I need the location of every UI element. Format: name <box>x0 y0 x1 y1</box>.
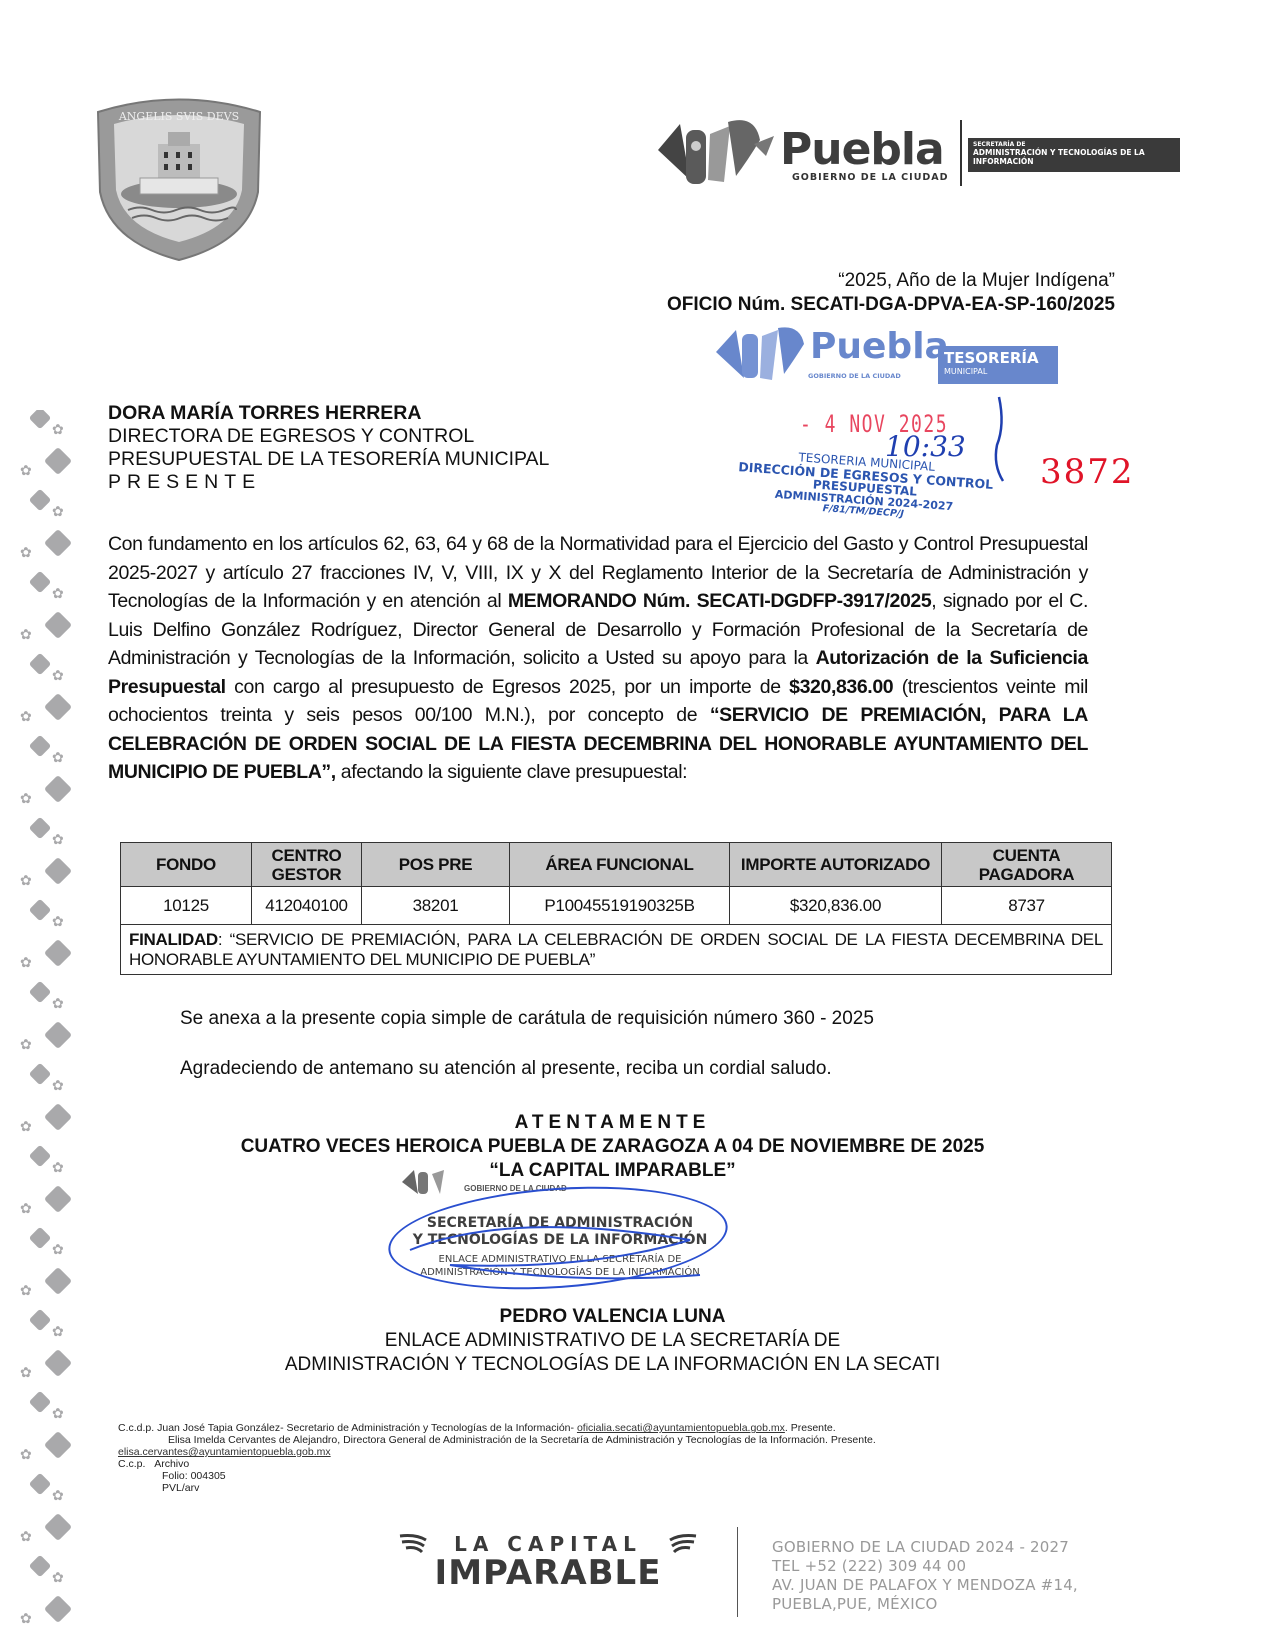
border-diamond <box>44 1021 72 1049</box>
budget-key-table: FONDO CENTRO GESTOR POS PRE ÁREA FUNCION… <box>120 842 1112 975</box>
border-sprig-icon: ✿ <box>52 832 64 848</box>
cell-fondo: 10125 <box>121 887 252 925</box>
border-diamond <box>29 653 52 676</box>
border-diamond <box>29 981 52 1004</box>
cc-line-1-suffix: . Presente. <box>785 1422 836 1434</box>
finalidad-text: : “SERVICIO DE PREMIACIÓN, PARA LA CELEB… <box>129 930 1103 969</box>
slogan-line: “LA CAPITAL IMPARABLE” <box>0 1160 1245 1182</box>
signer-role-2: ADMINISTRACIÓN Y TECNOLOGÍAS DE LA INFOR… <box>0 1354 1245 1376</box>
border-diamond <box>29 410 52 429</box>
col-importe-autorizado: IMPORTE AUTORIZADO <box>730 843 942 887</box>
cell-importe: $320,836.00 <box>730 887 942 925</box>
signature-strokes <box>390 1190 730 1300</box>
border-diamond <box>44 1513 72 1541</box>
tesoreria-subtitle: MUNICIPAL <box>944 367 1052 376</box>
signer-role-1: ENLACE ADMINISTRATIVO DE LA SECRETARÍA D… <box>0 1330 1245 1352</box>
border-diamond <box>44 1595 72 1623</box>
col-cuenta-pagadora: CUENTA PAGADORA <box>942 843 1112 887</box>
puebla-emblem-icon <box>712 322 808 382</box>
tesoreria-stamp-logo: Puebla GOBIERNO DE LA CIUDAD TESORERÍA M… <box>712 322 1072 392</box>
footer-gov-period: GOBIERNO DE LA CIUDAD 2024 - 2027 <box>772 1538 1078 1557</box>
svg-text:ANGELIS SVIS DEVS: ANGELIS SVIS DEVS <box>118 110 239 123</box>
border-sprig-icon: ✿ <box>20 1611 32 1627</box>
atentamente: ATENTAMENTE <box>0 1112 1245 1134</box>
puebla-emblem-icon <box>650 110 780 190</box>
col-centro-gestor: CENTRO GESTOR <box>252 843 362 887</box>
stamp-puebla-text: Puebla <box>810 326 949 367</box>
cell-area-funcional: P10045519190325B <box>510 887 730 925</box>
border-diamond <box>44 775 72 803</box>
border-diamond <box>29 571 52 594</box>
footer-contact-info: GOBIERNO DE LA CIUDAD 2024 - 2027 TEL +5… <box>772 1538 1078 1614</box>
border-diamond <box>29 1555 52 1578</box>
border-sprig-icon: ✿ <box>52 750 64 766</box>
right-wing-icon <box>668 1532 698 1556</box>
puebla-secati-header-logo: Puebla GOBIERNO DE LA CIUDAD SECRETARÍA … <box>650 110 1180 190</box>
cc-line-1-text: C.c.d.p. Juan José Tapia González- Secre… <box>118 1422 577 1434</box>
border-diamond <box>44 447 72 475</box>
border-diamond <box>29 817 52 840</box>
border-sprig-icon: ✿ <box>20 1201 32 1217</box>
cc-line-1: C.c.d.p. Juan José Tapia González- Secre… <box>118 1422 876 1434</box>
border-diamond <box>29 489 52 512</box>
folio-line: Folio: 004305 <box>118 1470 876 1482</box>
border-diamond <box>29 1063 52 1086</box>
ccp-line: C.c.p. Archivo <box>118 1458 876 1470</box>
finalidad-row: FINALIDAD: “SERVICIO DE PREMIACIÓN, PARA… <box>121 925 1112 975</box>
secretariat-small-text: SECRETARÍA DE <box>973 141 1175 148</box>
border-diamond <box>29 1473 52 1496</box>
border-diamond <box>44 939 72 967</box>
finalidad-cell: FINALIDAD: “SERVICIO DE PREMIACIÓN, PARA… <box>121 925 1112 975</box>
border-sprig-icon: ✿ <box>20 873 32 889</box>
city-shield-logo: ANGELIS SVIS DEVS <box>88 92 270 262</box>
cell-pos-pre: 38201 <box>362 887 510 925</box>
border-diamond <box>44 1185 72 1213</box>
border-sprig-icon: ✿ <box>20 1283 32 1299</box>
footer-logo-bottom: IMPARABLE <box>408 1556 688 1590</box>
border-sprig-icon: ✿ <box>52 668 64 684</box>
memo-reference: MEMORANDO Núm. SECATI-DGDFP-3917/2025 <box>508 590 931 612</box>
border-sprig-icon: ✿ <box>20 709 32 725</box>
addressee-name: DORA MARÍA TORRES HERRERA <box>108 402 549 425</box>
addressee-title-2: PRESUPUESTAL DE LA TESORERÍA MUNICIPAL <box>108 448 549 471</box>
puebla-logo-text: Puebla <box>780 124 944 175</box>
footer-phone: TEL +52 (222) 309 44 00 <box>772 1557 1078 1576</box>
border-diamond <box>44 1431 72 1459</box>
year-motto: “2025, Año de la Mujer Indígena” <box>838 270 1115 292</box>
border-sprig-icon: ✿ <box>52 914 64 930</box>
amount: $320,836.00 <box>789 676 893 698</box>
border-sprig-icon: ✿ <box>20 1447 32 1463</box>
border-sprig-icon: ✿ <box>20 463 32 479</box>
border-diamond <box>29 899 52 922</box>
capital-imparable-logo: LA CAPITAL IMPARABLE <box>408 1532 688 1590</box>
initials-line: PVL/arv <box>118 1482 876 1494</box>
border-sprig-icon: ✿ <box>52 996 64 1012</box>
border-diamond <box>44 611 72 639</box>
cc-line-2: Elisa Imelda Cervantes de Alejandro, Dir… <box>118 1434 876 1446</box>
border-diamond <box>44 693 72 721</box>
gobierno-ciudad-text: GOBIERNO DE LA CIUDAD <box>792 172 949 183</box>
border-sprig-icon: ✿ <box>52 1488 64 1504</box>
border-sprig-icon: ✿ <box>20 545 32 561</box>
col-fondo: FONDO <box>121 843 252 887</box>
oficio-number: OFICIO Núm. SECATI-DGA-DPVA-EA-SP-160/20… <box>667 294 1115 316</box>
secretariat-badge: SECRETARÍA DE ADMINISTRACIÓN Y TECNOLOGÍ… <box>968 138 1180 172</box>
border-diamond <box>29 1227 52 1250</box>
col-area-funcional: ÁREA FUNCIONAL <box>510 843 730 887</box>
border-sprig-icon: ✿ <box>52 1406 64 1422</box>
table-header-row: FONDO CENTRO GESTOR POS PRE ÁREA FUNCION… <box>121 843 1112 887</box>
signer-name: PEDRO VALENCIA LUNA <box>0 1306 1245 1328</box>
border-diamond <box>29 1391 52 1414</box>
city-date-line: CUATRO VECES HEROICA PUEBLA DE ZARAGOZA … <box>0 1136 1245 1158</box>
body-paragraph: Con fundamento en los artículos 62, 63, … <box>108 530 1088 787</box>
decorative-border: ✿✿✿✿✿✿✿✿✿✿✿✿✿✿✿✿✿✿✿✿✿✿✿✿✿✿✿✿✿✿ <box>18 410 72 1640</box>
border-sprig-icon: ✿ <box>20 791 32 807</box>
border-sprig-icon: ✿ <box>20 955 32 971</box>
finalidad-label: FINALIDAD <box>129 930 218 949</box>
border-sprig-icon: ✿ <box>20 627 32 643</box>
ccp-label: C.c.p. <box>118 1458 145 1470</box>
body-text-e: afectando la siguiente clave presupuesta… <box>336 761 687 783</box>
table-row: 10125 412040100 38201 P10045519190325B $… <box>121 887 1112 925</box>
border-sprig-icon: ✿ <box>52 422 64 438</box>
cell-cuenta: 8737 <box>942 887 1112 925</box>
footer-address: AV. JUAN DE PALAFOX Y MENDOZA #14, <box>772 1576 1078 1595</box>
cc-line-3: elisa.cervantes@ayuntamientopuebla.gob.m… <box>118 1446 876 1458</box>
cc-email-oficialia[interactable]: oficialia.secati@ayuntamientopuebla.gob.… <box>577 1422 785 1434</box>
border-sprig-icon: ✿ <box>52 1242 64 1258</box>
cc-email-elisa[interactable]: elisa.cervantes@ayuntamientopuebla.gob.m… <box>118 1446 331 1458</box>
addressee-salutation: PRESENTE <box>108 471 549 494</box>
border-sprig-icon: ✿ <box>52 504 64 520</box>
border-sprig-icon: ✿ <box>52 1078 64 1094</box>
border-diamond <box>29 735 52 758</box>
carbon-copy-block: C.c.d.p. Juan José Tapia González- Secre… <box>118 1422 876 1494</box>
tesoreria-title: TESORERÍA <box>944 349 1052 367</box>
border-sprig-icon: ✿ <box>52 586 64 602</box>
annex-note: Se anexa a la presente copia simple de c… <box>180 1008 874 1030</box>
cell-centro-gestor: 412040100 <box>252 887 362 925</box>
col-pos-pre: POS PRE <box>362 843 510 887</box>
addressee-block: DORA MARÍA TORRES HERRERA DIRECTORA DE E… <box>108 402 549 494</box>
border-sprig-icon: ✿ <box>52 1570 64 1586</box>
border-diamond <box>44 857 72 885</box>
left-wing-icon <box>398 1532 428 1556</box>
folio-stamp-number: 3872 <box>1040 452 1135 492</box>
footer-city: PUEBLA,PUE, MÉXICO <box>772 1595 1078 1614</box>
reception-stamp-text: TESORERIA MUNICIPAL DIRECCIÓN DE EGRESOS… <box>718 446 1012 527</box>
ccp-archive: Archivo <box>154 1458 189 1470</box>
body-text-c: con cargo al presupuesto de Egresos 2025… <box>226 676 790 698</box>
border-diamond <box>44 529 72 557</box>
closing-line: Agradeciendo de antemano su atención al … <box>180 1058 832 1080</box>
secretariat-main-text: ADMINISTRACIÓN Y TECNOLOGÍAS DE LA INFOR… <box>973 148 1175 166</box>
border-sprig-icon: ✿ <box>20 1529 32 1545</box>
logo-divider <box>960 120 962 186</box>
stamp-gobierno-text: GOBIERNO DE LA CIUDAD <box>808 372 901 380</box>
border-sprig-icon: ✿ <box>20 1037 32 1053</box>
border-diamond <box>44 1267 72 1295</box>
tesoreria-badge: TESORERÍA MUNICIPAL <box>938 346 1058 384</box>
addressee-title-1: DIRECTORA DE EGRESOS Y CONTROL <box>108 425 549 448</box>
footer-divider <box>737 1527 738 1617</box>
